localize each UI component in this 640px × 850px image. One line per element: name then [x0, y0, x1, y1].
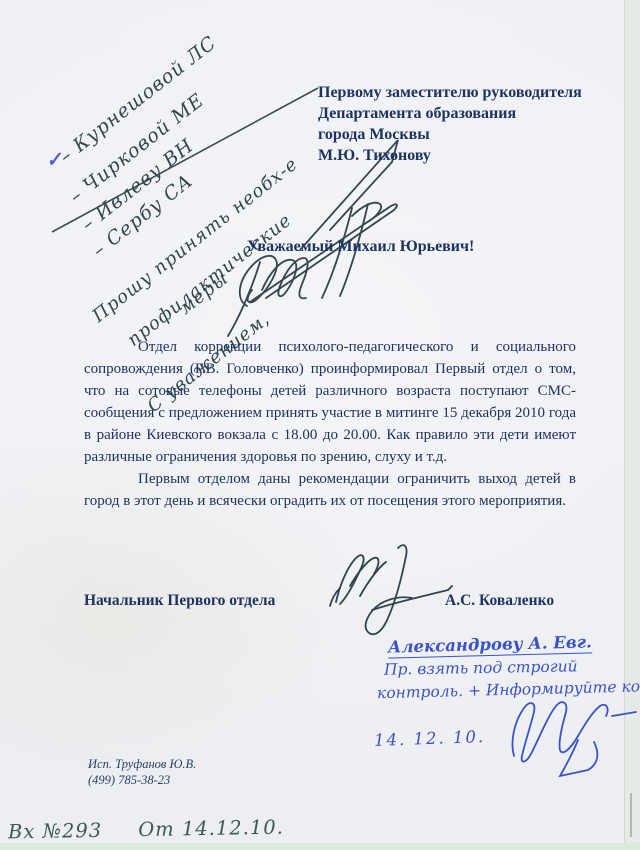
signer-title: Начальник Первого отдела — [84, 592, 275, 610]
blue-note-line-2: Пр. взять под строгий — [384, 657, 578, 678]
executor-phone: (499) 785-38-23 — [88, 772, 196, 788]
blue-note-addressee: Александрову А. Евг. — [388, 632, 592, 658]
scanned-letter-page: Первому заместителю руководителя Департа… — [0, 0, 640, 850]
registration-number: Вх №293 — [8, 819, 103, 844]
salutation: Уважаемый Михаил Юрьевич! — [247, 238, 474, 256]
blue-note-date: 14. 12. 10. — [374, 727, 486, 750]
body-paragraph-1: Отдел коррекции психолого-педагогическог… — [84, 336, 576, 468]
recipient-block: Первому заместителю руководителя Департа… — [318, 82, 620, 166]
body-paragraph-2: Первым отделом даны рекомендации огранич… — [84, 468, 576, 512]
scanner-edge-mark — [630, 793, 632, 837]
registration-line: Вх №293От 14.12.10. — [8, 816, 284, 844]
letter-body: Отдел коррекции психолого-педагогическог… — [84, 336, 576, 512]
kovalenko-signature — [330, 545, 452, 634]
blue-note-line-3: контроль. + Информируйте коллегии. — [377, 676, 640, 702]
blue-signature — [512, 702, 636, 776]
executor-name: Исп. Труфанов Ю.В. — [88, 756, 196, 772]
recipient-line: Первому заместителю руководителя — [318, 82, 620, 103]
registration-date: От 14.12.10. — [138, 816, 284, 842]
registration-gap — [102, 836, 138, 837]
recipient-line: города Москвы — [318, 124, 620, 145]
executor-block: Исп. Труфанов Ю.В. (499) 785-38-23 — [88, 756, 196, 788]
blue-checkmark-icon: ✓ — [45, 148, 64, 172]
scanner-edge-band — [624, 0, 640, 850]
recipient-line: Департамента образования — [318, 103, 620, 124]
recipient-line: М.Ю. Тихонову — [318, 145, 620, 166]
signer-name: А.С. Коваленко — [445, 592, 554, 610]
scanner-bottom-strip — [0, 843, 640, 850]
